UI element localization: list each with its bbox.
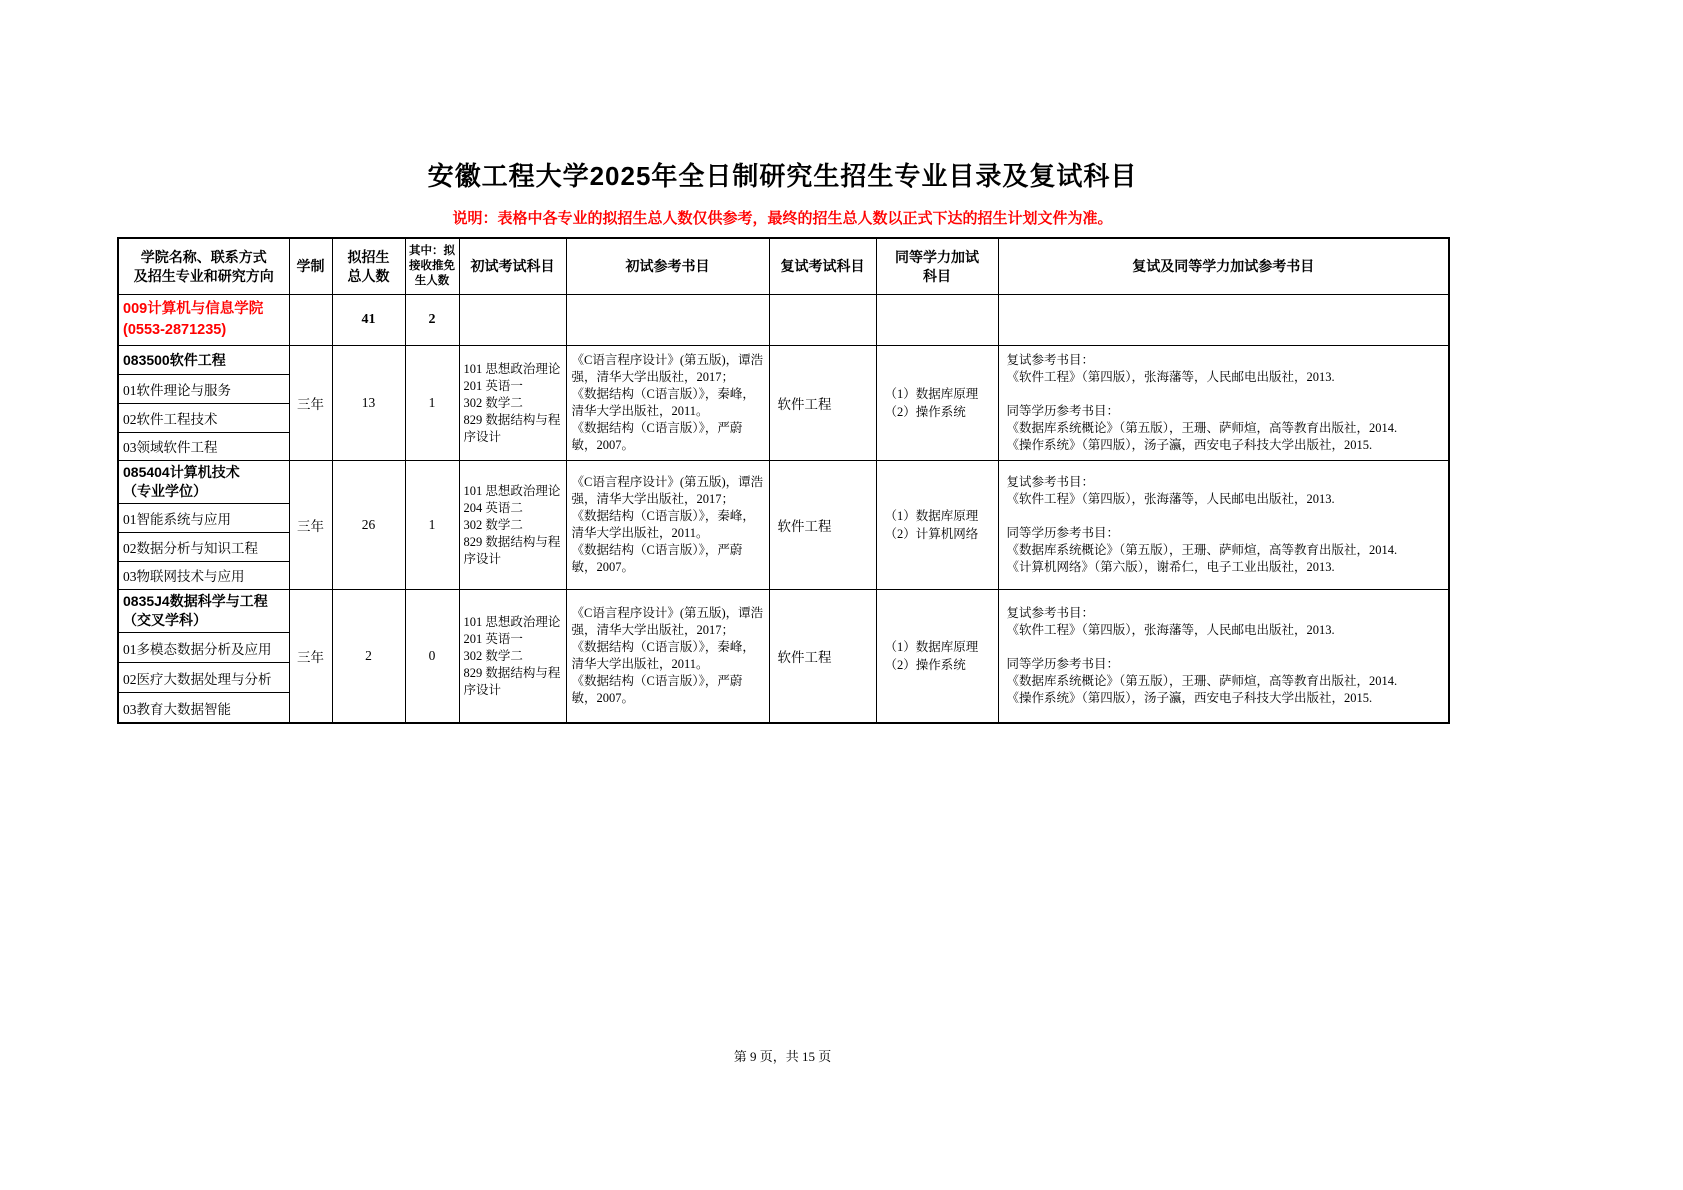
program-cell: 0835J4数据科学与工程 （交叉学科） 01多模态数据分析及应用02医疗大数据… [118,590,289,724]
college-empty-cell [998,295,1449,346]
retest-refs-list: 复试参考书目：《软件工程》（第四版），张海藩等，人民邮电出版社，2013. 同等… [999,474,1449,576]
direction-list: 01智能系统与应用02数据分析与知识工程03物联网技术与应用 [119,503,289,589]
header-college-info: 学院名称、联系方式 及招生专业和研究方向 [118,238,289,295]
exam-refs-list: 《C语言程序设计》(第五版)，谭浩强，清华大学出版社，2017；《数据结构（C语… [567,605,769,707]
college-tuimian: 2 [405,295,459,346]
retest-refs-cell: 复试参考书目：《软件工程》（第四版），张海藩等，人民邮电出版社，2013. 同等… [998,346,1449,461]
program-name: 0835J4数据科学与工程 （交叉学科） [119,590,289,632]
document-content: 安徽工程大学2025年全日制研究生招生专业目录及复试科目 说明：表格中各专业的拟… [117,0,1448,724]
total-cell: 2 [332,590,405,724]
exam-refs-cell: 《C语言程序设计》(第五版)，谭浩强，清华大学出版社，2017；《数据结构（C语… [566,461,769,590]
college-empty-cell [769,295,876,346]
college-name: 009计算机与信息学院 (0553-2871235) [118,295,289,346]
exam-subjects-list: 101 思想政治理论204 英语二302 数学二829 数据结构与程序设计 [460,483,566,568]
college-empty-cell [459,295,566,346]
program-column: 083500软件工程 01软件理论与服务02软件工程技术03领域软件工程 [119,346,289,460]
college-empty-cell [566,295,769,346]
program-column: 0835J4数据科学与工程 （交叉学科） 01多模态数据分析及应用02医疗大数据… [119,590,289,722]
tuimian-cell: 1 [405,461,459,590]
exam-refs-cell: 《C语言程序设计》(第五版)，谭浩强，清华大学出版社，2017；《数据结构（C语… [566,346,769,461]
retest-refs-cell: 复试参考书目：《软件工程》（第四版），张海藩等，人民邮电出版社，2013. 同等… [998,590,1449,724]
retest-refs-list: 复试参考书目：《软件工程》（第四版），张海藩等，人民邮电出版社，2013. 同等… [999,605,1449,707]
exam-refs-list: 《C语言程序设计》(第五版)，谭浩强，清华大学出版社，2017；《数据结构（C语… [567,352,769,454]
retest-refs-cell: 复试参考书目：《软件工程》（第四版），张海藩等，人民邮电出版社，2013. 同等… [998,461,1449,590]
addtest-list: （1）数据库原理（2）操作系统 [877,385,998,421]
addtest-list: （1）数据库原理（2）计算机网络 [877,507,998,543]
program-cell: 085404计算机技术 （专业学位） 01智能系统与应用02数据分析与知识工程0… [118,461,289,590]
college-total: 41 [332,295,405,346]
header-exam-subjects: 初试考试科目 [459,238,566,295]
program-name: 083500软件工程 [119,346,289,374]
exam-refs-list: 《C语言程序设计》(第五版)，谭浩强，清华大学出版社，2017；《数据结构（C语… [567,474,769,576]
duration-cell: 三年 [289,590,332,724]
total-cell: 26 [332,461,405,590]
exam-subjects-cell: 101 思想政治理论201 英语一302 数学二829 数据结构与程序设计 [459,346,566,461]
header-retest-refs: 复试及同等学力加试参考书目 [998,238,1449,295]
page-number: 第 9 页，共 15 页 [117,1046,1448,1065]
program-cell: 083500软件工程 01软件理论与服务02软件工程技术03领域软件工程 [118,346,289,461]
program-row-0835J4: 0835J4数据科学与工程 （交叉学科） 01多模态数据分析及应用02医疗大数据… [118,590,1449,724]
program-row-083500: 083500软件工程 01软件理论与服务02软件工程技术03领域软件工程 三年 … [118,346,1449,461]
exam-subjects-cell: 101 思想政治理论204 英语二302 数学二829 数据结构与程序设计 [459,461,566,590]
exam-subjects-cell: 101 思想政治理论201 英语一302 数学二829 数据结构与程序设计 [459,590,566,724]
duration-cell: 三年 [289,346,332,461]
document-page: 安徽工程大学2025年全日制研究生招生专业目录及复试科目 说明：表格中各专业的拟… [0,0,1683,1190]
admission-table: 学院名称、联系方式 及招生专业和研究方向 学制 拟招生 总人数 其中：拟 接收推… [117,237,1450,725]
exam-subjects-list: 101 思想政治理论201 英语一302 数学二829 数据结构与程序设计 [460,614,566,699]
exam-subjects-list: 101 思想政治理论201 英语一302 数学二829 数据结构与程序设计 [460,361,566,446]
direction-list: 01软件理论与服务02软件工程技术03领域软件工程 [119,374,289,460]
retest-subject-cell: 软件工程 [769,590,876,724]
total-cell: 13 [332,346,405,461]
retest-refs-list: 复试参考书目：《软件工程》（第四版），张海藩等，人民邮电出版社，2013. 同等… [999,352,1449,454]
program-name: 085404计算机技术 （专业学位） [119,461,289,503]
college-empty-cell [876,295,998,346]
college-duration-cell [289,295,332,346]
tuimian-cell: 1 [405,346,459,461]
duration-cell: 三年 [289,461,332,590]
header-tuimian: 其中：拟 接收推免 生人数 [405,238,459,295]
header-retest-subject: 复试考试科目 [769,238,876,295]
program-column: 085404计算机技术 （专业学位） 01智能系统与应用02数据分析与知识工程0… [119,461,289,589]
header-exam-refs: 初试参考书目 [566,238,769,295]
addtest-list: （1）数据库原理（2）操作系统 [877,638,998,674]
table-header-row: 学院名称、联系方式 及招生专业和研究方向 学制 拟招生 总人数 其中：拟 接收推… [118,238,1449,295]
direction-list: 01多模态数据分析及应用02医疗大数据处理与分析03教育大数据智能 [119,632,289,722]
tuimian-cell: 0 [405,590,459,724]
disclaimer-note: 说明：表格中各专业的拟招生总人数仅供参考，最终的招生总人数以正式下达的招生计划文… [117,207,1448,228]
header-addtest-subjects: 同等学力加试 科目 [876,238,998,295]
college-row: 009计算机与信息学院 (0553-2871235) 41 2 [118,295,1449,346]
header-duration: 学制 [289,238,332,295]
addtest-subjects-cell: （1）数据库原理（2）计算机网络 [876,461,998,590]
addtest-subjects-cell: （1）数据库原理（2）操作系统 [876,346,998,461]
header-total: 拟招生 总人数 [332,238,405,295]
page-title: 安徽工程大学2025年全日制研究生招生专业目录及复试科目 [117,0,1448,194]
program-row-085404: 085404计算机技术 （专业学位） 01智能系统与应用02数据分析与知识工程0… [118,461,1449,590]
retest-subject-cell: 软件工程 [769,346,876,461]
exam-refs-cell: 《C语言程序设计》(第五版)，谭浩强，清华大学出版社，2017；《数据结构（C语… [566,590,769,724]
retest-subject-cell: 软件工程 [769,461,876,590]
addtest-subjects-cell: （1）数据库原理（2）操作系统 [876,590,998,724]
